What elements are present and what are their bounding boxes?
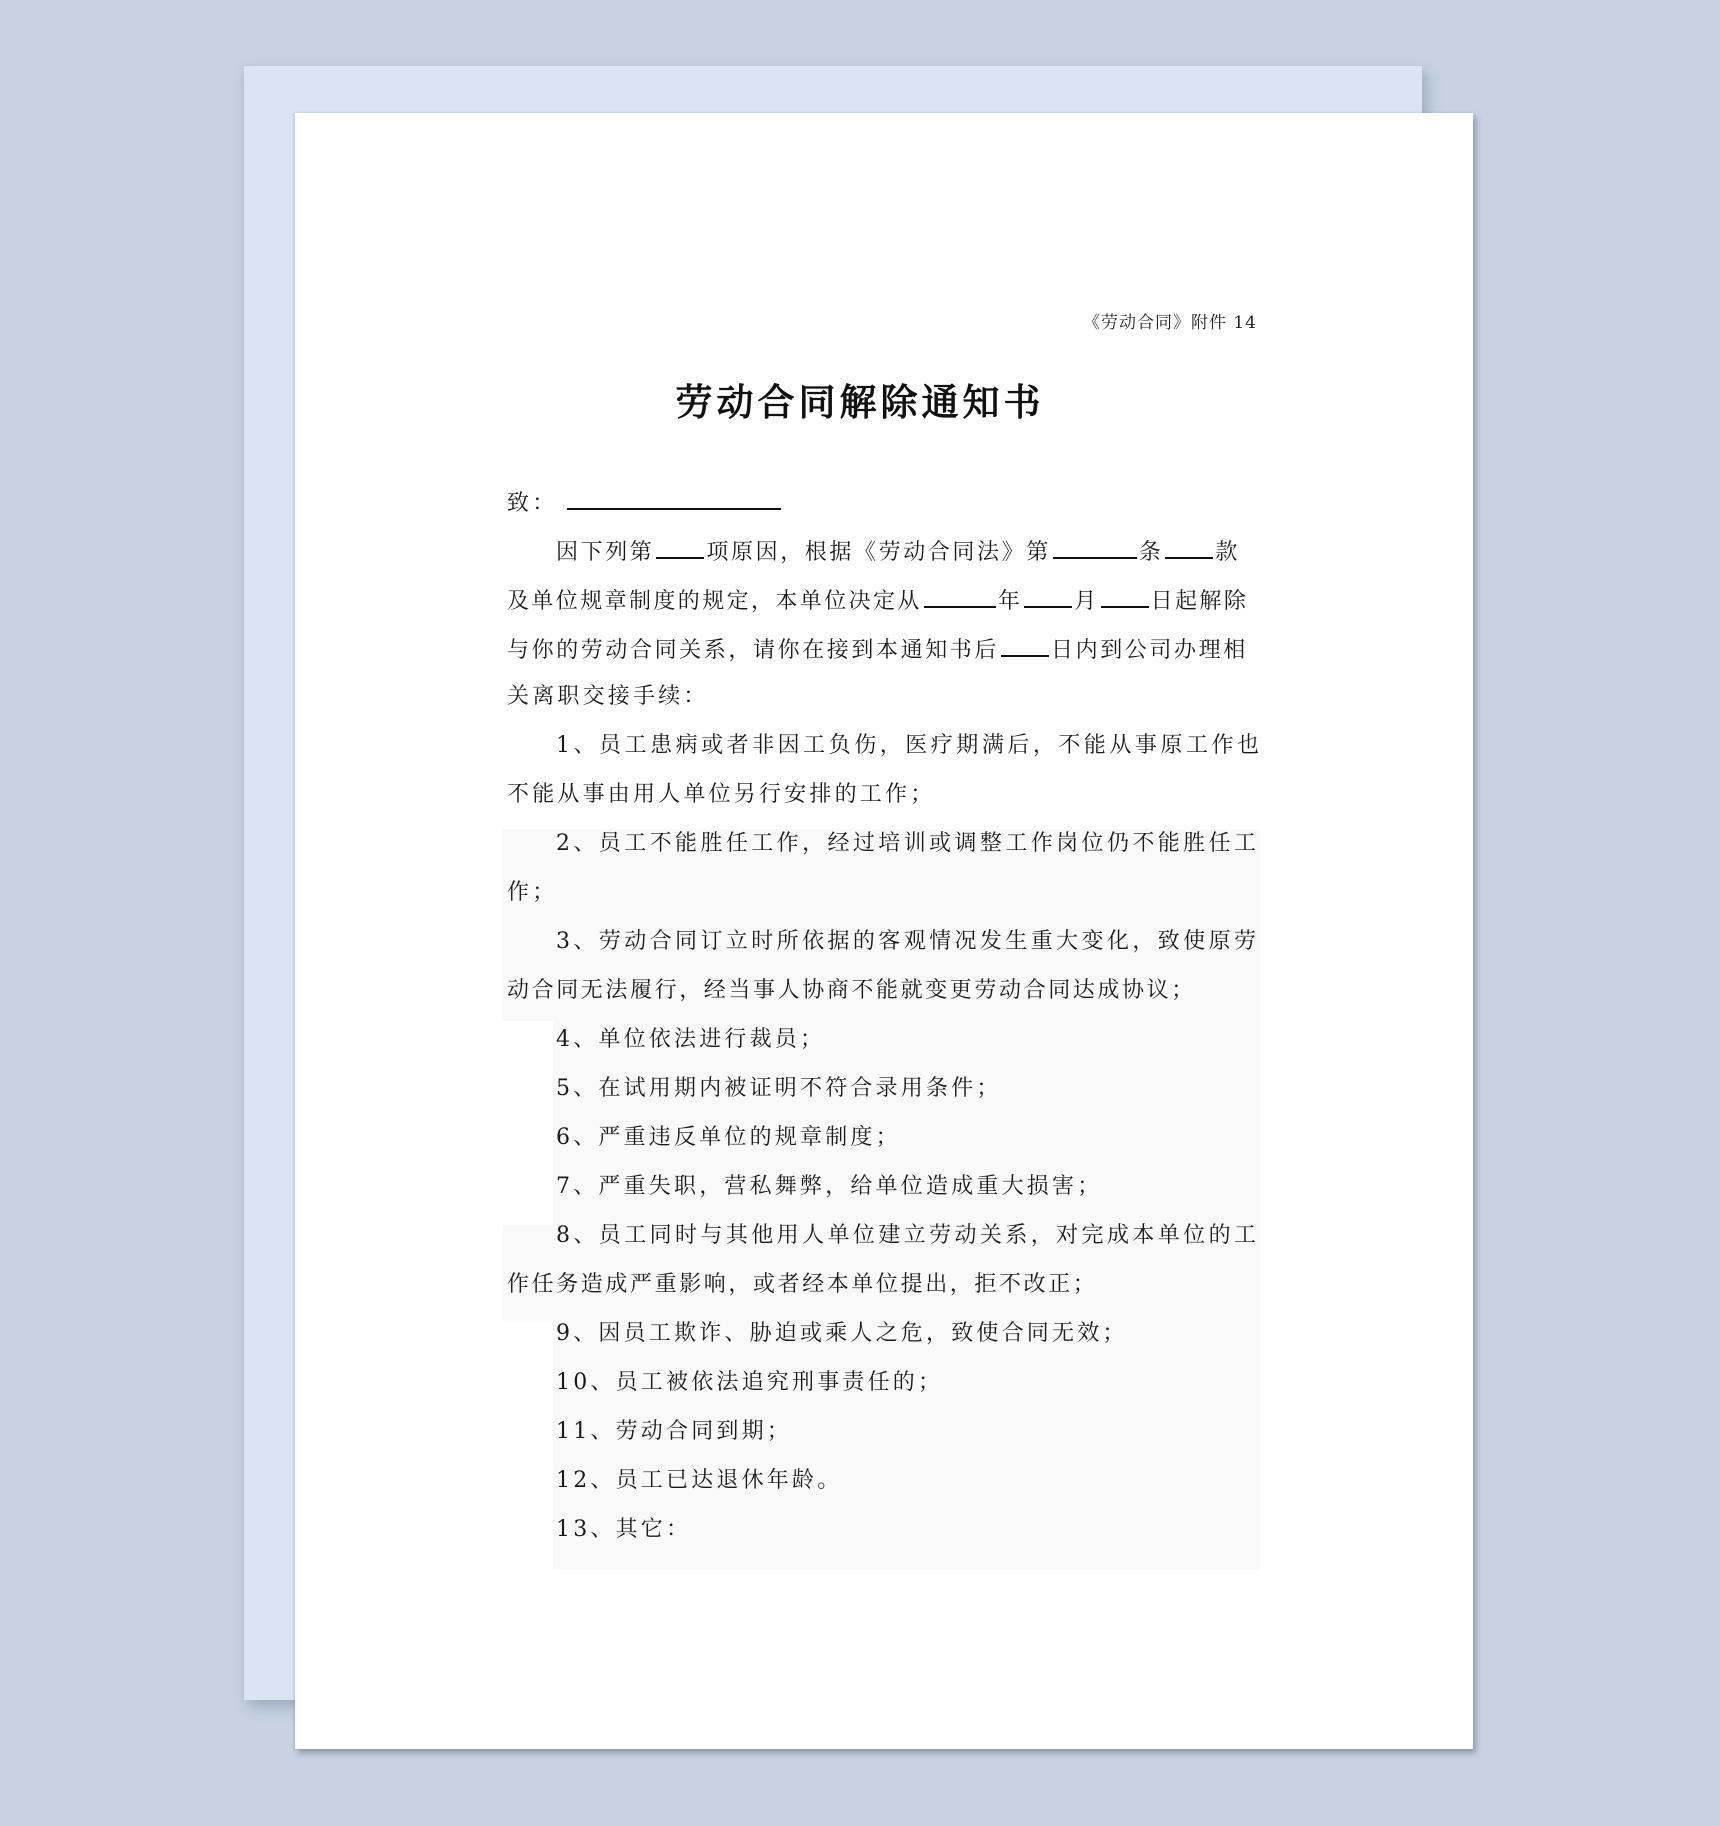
reason-1-line-2: 不能从事由用人单位另行安排的工作； xyxy=(507,780,1259,810)
article-blank[interactable] xyxy=(1053,535,1137,559)
reason-6: 6、严重违反单位的规章制度； xyxy=(556,1123,1308,1153)
intro-line-4: 关离职交接手续： xyxy=(507,682,1259,712)
reason-1-line-1: 1、员工患病或者非因工负伤，医疗期满后，不能从事原工作也 xyxy=(556,731,1259,761)
reason-3-line-1: 3、劳动合同订立时所依据的客观情况发生重大变化，致使原劳 xyxy=(556,927,1256,957)
intro-line-3: 与你的劳动合同关系，请你在接到本通知书后日内到公司办理相 xyxy=(507,633,1259,663)
month-blank[interactable] xyxy=(1024,584,1072,608)
reason-3-line-2: 动合同无法履行，经当事人协商不能就变更劳动合同达成协议； xyxy=(507,976,1259,1006)
year-blank[interactable] xyxy=(924,584,996,608)
days-blank[interactable] xyxy=(1001,633,1049,657)
reason-2-line-2: 作； xyxy=(507,878,1259,908)
reason-9: 9、因员工欺诈、胁迫或乘人之危，致使合同无效； xyxy=(556,1319,1308,1349)
recipient-blank[interactable] xyxy=(567,486,781,510)
reason-5: 5、在试用期内被证明不符合录用条件； xyxy=(556,1074,1308,1104)
reason-2-line-1: 2、员工不能胜任工作，经过培训或调整工作岗位仍不能胜任工 xyxy=(556,829,1256,859)
item-number-blank[interactable] xyxy=(656,535,704,559)
reason-8-line-1: 8、员工同时与其他用人单位建立劳动关系，对完成本单位的工 xyxy=(556,1221,1256,1251)
day-blank[interactable] xyxy=(1101,584,1149,608)
reason-8-line-2: 作任务造成严重影响，或者经本单位提出，拒不改正； xyxy=(507,1270,1259,1300)
intro-line-2: 及单位规章制度的规定，本单位决定从年月日起解除 xyxy=(507,584,1259,614)
attachment-label: 《劳动合同》附件 14 xyxy=(1083,308,1257,333)
reason-11: 11、劳动合同到期； xyxy=(556,1417,1308,1447)
intro-line-1: 因下列第项原因，根据《劳动合同法》第条款 xyxy=(556,535,1259,565)
recipient-line: 致： xyxy=(507,486,1259,516)
reason-13: 13、其它： xyxy=(556,1515,1308,1545)
reason-10: 10、员工被依法追究刑事责任的； xyxy=(556,1368,1308,1398)
reason-12: 12、员工已达退休年龄。 xyxy=(556,1466,1308,1496)
reason-4: 4、单位依法进行裁员； xyxy=(556,1025,1308,1055)
clause-blank[interactable] xyxy=(1165,535,1213,559)
recipient-label: 致： xyxy=(507,491,557,516)
reason-7: 7、严重失职，营私舞弊，给单位造成重大损害； xyxy=(556,1172,1308,1202)
page-title: 劳动合同解除通知书 xyxy=(0,372,1720,426)
